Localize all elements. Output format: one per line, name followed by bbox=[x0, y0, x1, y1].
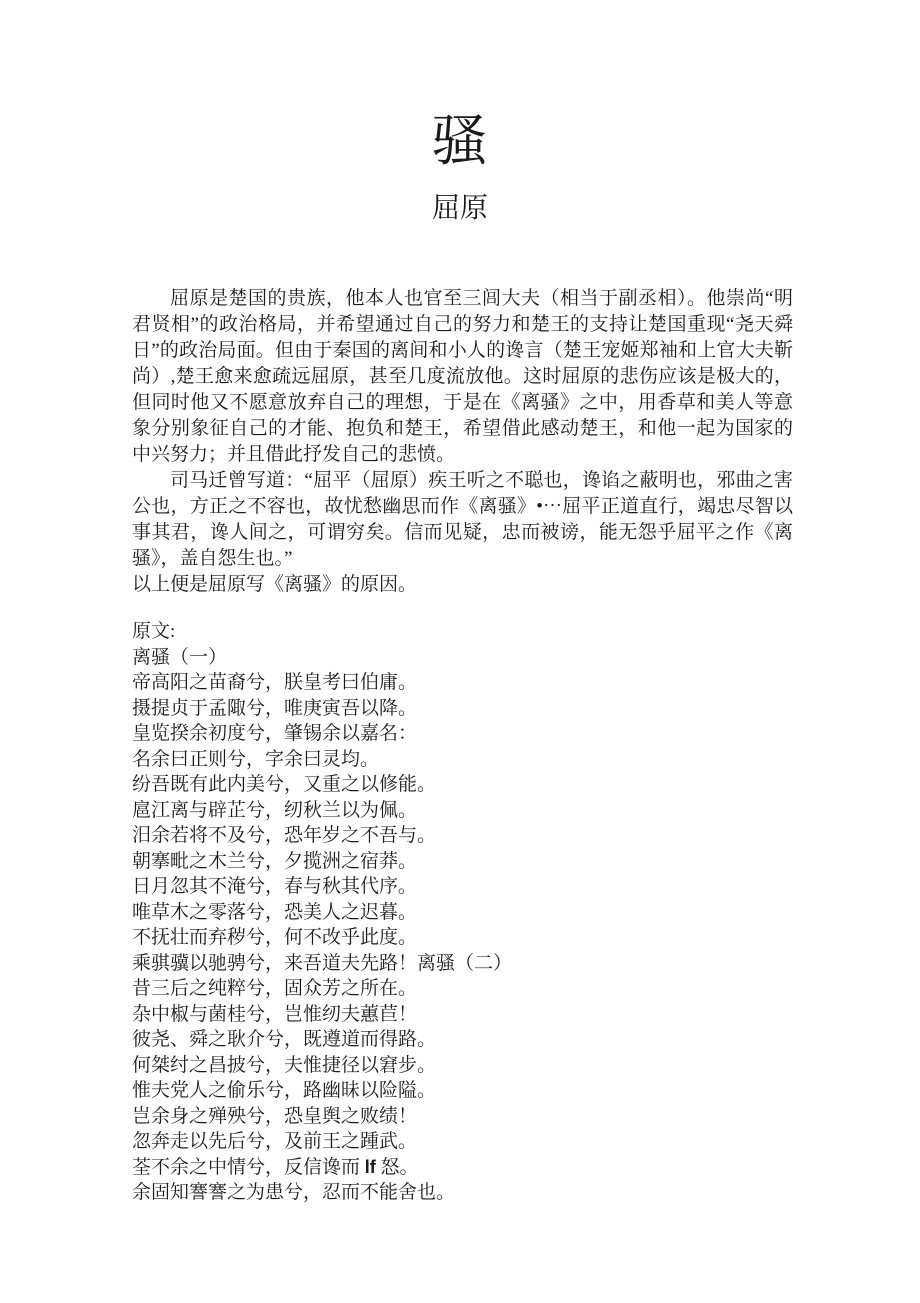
poem-line: 乘骐骥以驰骋兮，来吾道夫先路！离骚（二） bbox=[132, 951, 793, 977]
poem-line: 纷吾既有此内美兮，又重之以修能。 bbox=[132, 772, 793, 798]
poem-line: 余固知謇謇之为患兮，忍而不能舍也。 bbox=[132, 1180, 793, 1206]
poem-line: 名余曰正则兮，字余曰灵均。 bbox=[132, 747, 793, 773]
document-page: 骚 屈原 屈原是楚国的贵族，他本人也官至三闾大夫（相当于副丞相）。他崇尚“明君贤… bbox=[0, 0, 920, 1303]
intro-paragraph-2: 司马迁曾写道：“屈平（屈原）疾王听之不聪也，谗谄之蔽明也，邪曲之害公也，方正之不… bbox=[132, 468, 793, 572]
poem-line: 摄提贞于孟陬兮，唯庚寅吾以降。 bbox=[132, 696, 793, 722]
poem-section: 原文: 离骚（一） 帝高阳之苗裔兮，朕皇考曰伯庸。 摄提贞于孟陬兮，唯庚寅吾以降… bbox=[132, 619, 793, 1206]
poem-line: 离骚（一） bbox=[132, 645, 793, 671]
poem-line-lf: 荃不余之中情兮，反信谗而 lf 怒。 bbox=[132, 1155, 793, 1181]
poem-line-lf-highlight: lf bbox=[365, 1157, 376, 1177]
poem-line: 日月忽其不淹兮，春与秋其代序。 bbox=[132, 874, 793, 900]
poem-line: 忽奔走以先后兮，及前王之踵武。 bbox=[132, 1129, 793, 1155]
poem-heading: 原文: bbox=[132, 619, 793, 645]
poem-line: 朝搴毗之木兰兮，夕揽洲之宿莽。 bbox=[132, 849, 793, 875]
intro-conclusion: 以上便是屈原写《离骚》的原因。 bbox=[132, 572, 793, 598]
poem-line: 皇览揆余初度兮，肇锡余以嘉名： bbox=[132, 721, 793, 747]
author-name: 屈原 bbox=[0, 192, 920, 226]
poem-line: 唯草木之零落兮，恐美人之迟暮。 bbox=[132, 900, 793, 926]
poem-line: 何桀纣之昌披兮，夫惟捷径以窘步。 bbox=[132, 1053, 793, 1079]
poem-line: 汨余若将不及兮，恐年岁之不吾与。 bbox=[132, 823, 793, 849]
page-title: 骚 bbox=[0, 112, 920, 174]
poem-line: 惟夫党人之偷乐兮，路幽昧以险隘。 bbox=[132, 1078, 793, 1104]
intro-paragraph-1: 屈原是楚国的贵族，他本人也官至三闾大夫（相当于副丞相）。他崇尚“明君贤相”的政治… bbox=[132, 286, 793, 468]
poem-line: 彼尧、舜之耿介兮，既遵道而得路。 bbox=[132, 1027, 793, 1053]
poem-line: 昔三后之纯粹兮，固众芳之所在。 bbox=[132, 976, 793, 1002]
poem-line: 帝高阳之苗裔兮，朕皇考曰伯庸。 bbox=[132, 670, 793, 696]
poem-line: 杂中椒与菌桂兮，岂惟纫夫蕙苣！ bbox=[132, 1002, 793, 1028]
poem-line: 扈江离与辟芷兮，纫秋兰以为佩。 bbox=[132, 798, 793, 824]
poem-line-lf-pre: 荃不余之中情兮，反信谗而 bbox=[132, 1157, 365, 1178]
document-body: 屈原是楚国的贵族，他本人也官至三闾大夫（相当于副丞相）。他崇尚“明君贤相”的政治… bbox=[132, 286, 793, 1206]
poem-line: 不抚壮而弃秽兮，何不改乎此度。 bbox=[132, 925, 793, 951]
poem-line-lf-post: 怒。 bbox=[376, 1157, 419, 1178]
poem-line: 岂余身之殚殃兮，恐皇舆之败绩！ bbox=[132, 1104, 793, 1130]
